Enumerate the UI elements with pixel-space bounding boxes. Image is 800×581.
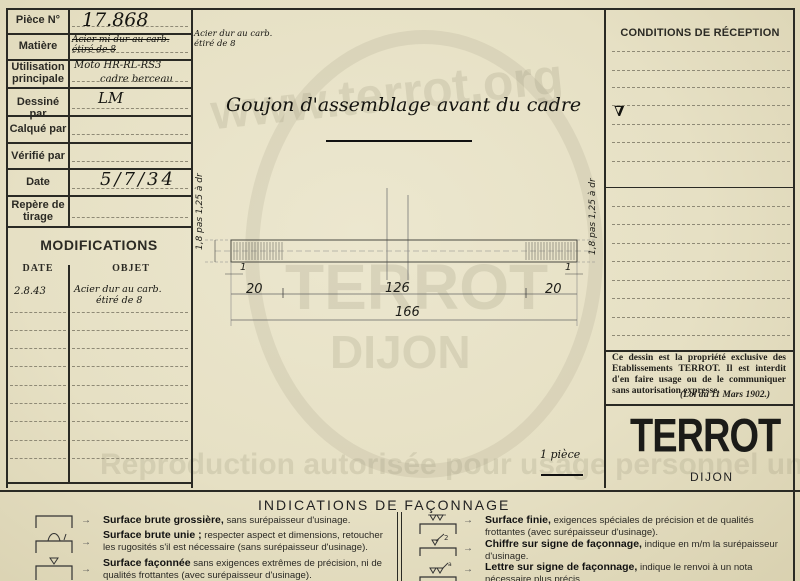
mod-row-objet-1: Acier dur au carb. (74, 284, 162, 295)
reception-heading: CONDITIONS DE RÉCEPTION (608, 27, 792, 39)
dessine-value: LM (98, 89, 123, 107)
dim-middle: 126 (385, 281, 410, 296)
symbol-note-icon: a (416, 560, 460, 581)
drawing-sheet: www.terrot.org TERROT DIJON Reproduction… (0, 0, 800, 581)
arrow-icon: → (463, 564, 473, 575)
date-label: Date (8, 176, 68, 188)
indication-left-3: Surface façonnée sans exigences extrêmes… (103, 558, 393, 581)
indication-right-2: Chiffre sur signe de façonnage, indique … (485, 539, 790, 562)
dim-thread-left: 20 (246, 282, 263, 297)
date-value: 5/7/34 (100, 169, 176, 190)
mod-row-date: 2.8.43 (14, 286, 46, 297)
dim-thread-right: 20 (545, 282, 562, 297)
modifications-heading: MODIFICATIONS (8, 239, 190, 251)
indication-right-1: Surface finie, exigences spéciales de pr… (485, 515, 790, 538)
mod-col-date: DATE (8, 263, 68, 275)
svg-text:a: a (448, 561, 452, 568)
piece-label: Pièce N° (8, 14, 68, 26)
arrow-icon: → (463, 515, 473, 526)
mod-row-objet-2: étiré de 8 (96, 295, 142, 306)
verifie-label: Vérifié par (8, 150, 68, 162)
thread-spec-left: 1,8 pas 1,25 à dr (195, 160, 205, 250)
calque-label: Calqué par (8, 123, 68, 135)
arrow-icon: → (463, 543, 473, 554)
chamfer-left: 1 (240, 262, 246, 273)
indication-right-3: Lettre sur signe de façonnage, indique l… (485, 562, 790, 581)
law-notice: (Loi du 11 Mars 1902.) (680, 390, 770, 401)
indication-left-1: Surface brute grossière, sans surépaisse… (103, 515, 393, 527)
terrot-city: DIJON (690, 470, 734, 484)
drawing-title: Goujon d'assemblage avant du cadre (226, 94, 581, 116)
svg-text:2: 2 (444, 534, 448, 542)
symbol-smooth-rough-icon (34, 528, 74, 554)
repere-label: Repère de tirage (8, 199, 68, 223)
indication-left-2: Surface brute unie ; respecter aspect et… (103, 530, 393, 553)
arrow-icon: → (81, 515, 91, 526)
utilisation-value-1: Moto HR-RL-RS3 (74, 60, 161, 71)
symbol-machined-icon (34, 553, 74, 581)
symbol-rough-icon (34, 513, 74, 529)
thread-spec-right: 1,8 pas 1,25 à dr (588, 165, 598, 255)
quantity: 1 pièce (540, 448, 580, 461)
symbol-allowance-icon: 2 (416, 533, 460, 557)
matiere-value-new: Acier dur au carb. étiré de 8 (194, 29, 274, 49)
utilisation-value-2: cadre berceau (100, 74, 173, 85)
mod-col-objet: OBJET (72, 263, 190, 275)
indications-heading: INDICATIONS DE FAÇONNAGE (258, 497, 510, 513)
finish-symbol: ∇ (614, 104, 625, 120)
matiere-label: Matière (8, 40, 68, 52)
piece-value: 17.868 (82, 9, 148, 31)
terrot-logo: TERROT (630, 410, 770, 464)
utilisation-label: Utilisation principale (8, 61, 68, 85)
dessine-label: Dessiné par (8, 96, 68, 120)
arrow-icon: → (81, 564, 91, 575)
symbol-finished-icon (416, 513, 460, 535)
arrow-icon: → (81, 537, 91, 548)
chamfer-right: 1 (565, 262, 571, 273)
dim-total: 166 (395, 305, 420, 320)
